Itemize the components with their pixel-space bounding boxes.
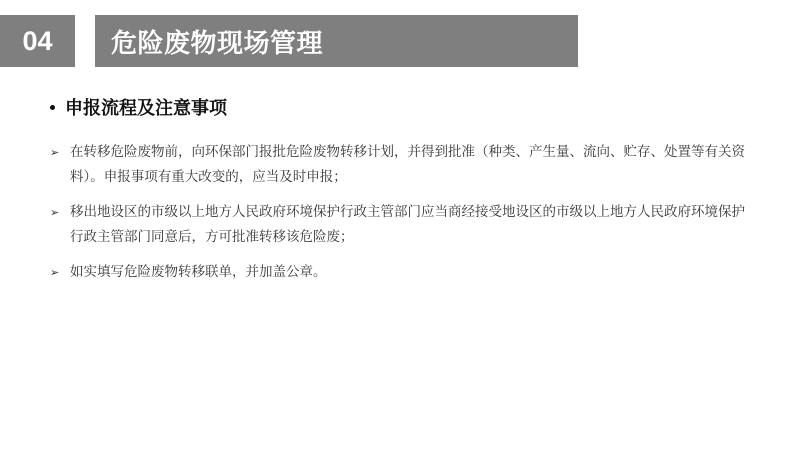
section-heading-text: 申报流程及注意事项 <box>65 94 227 120</box>
list-item-text: 如实填写危险废物转移联单，并加盖公章。 <box>70 260 750 285</box>
list-item-text: 在转移危险废物前，向环保部门报批危险废物转移计划，并得到批准（种类、产生量、流向… <box>70 140 750 190</box>
arrowhead-right-icon: ➢ <box>50 140 70 165</box>
item-list: ➢ 在转移危险废物前，向环保部门报批危险废物转移计划，并得到批准（种类、产生量、… <box>50 140 750 295</box>
section-number: 04 <box>22 26 52 57</box>
list-item: ➢ 在转移危险废物前，向环保部门报批危险废物转移计划，并得到批准（种类、产生量、… <box>50 140 750 190</box>
arrowhead-right-icon: ➢ <box>50 260 70 285</box>
list-item: ➢ 如实填写危险废物转移联单，并加盖公章。 <box>50 260 750 285</box>
section-number-box: 04 <box>0 15 75 67</box>
section-heading: 申报流程及注意事项 <box>50 94 227 120</box>
arrowhead-right-icon: ➢ <box>50 200 70 225</box>
list-item-text: 移出地设区的市级以上地方人民政府环境保护行政主管部门应当商经接受地设区的市级以上… <box>70 200 750 250</box>
list-item: ➢ 移出地设区的市级以上地方人民政府环境保护行政主管部门应当商经接受地设区的市级… <box>50 200 750 250</box>
round-bullet-icon <box>50 105 55 110</box>
title-bar: 危险废物现场管理 <box>95 15 578 67</box>
page-title: 危险废物现场管理 <box>111 23 323 60</box>
